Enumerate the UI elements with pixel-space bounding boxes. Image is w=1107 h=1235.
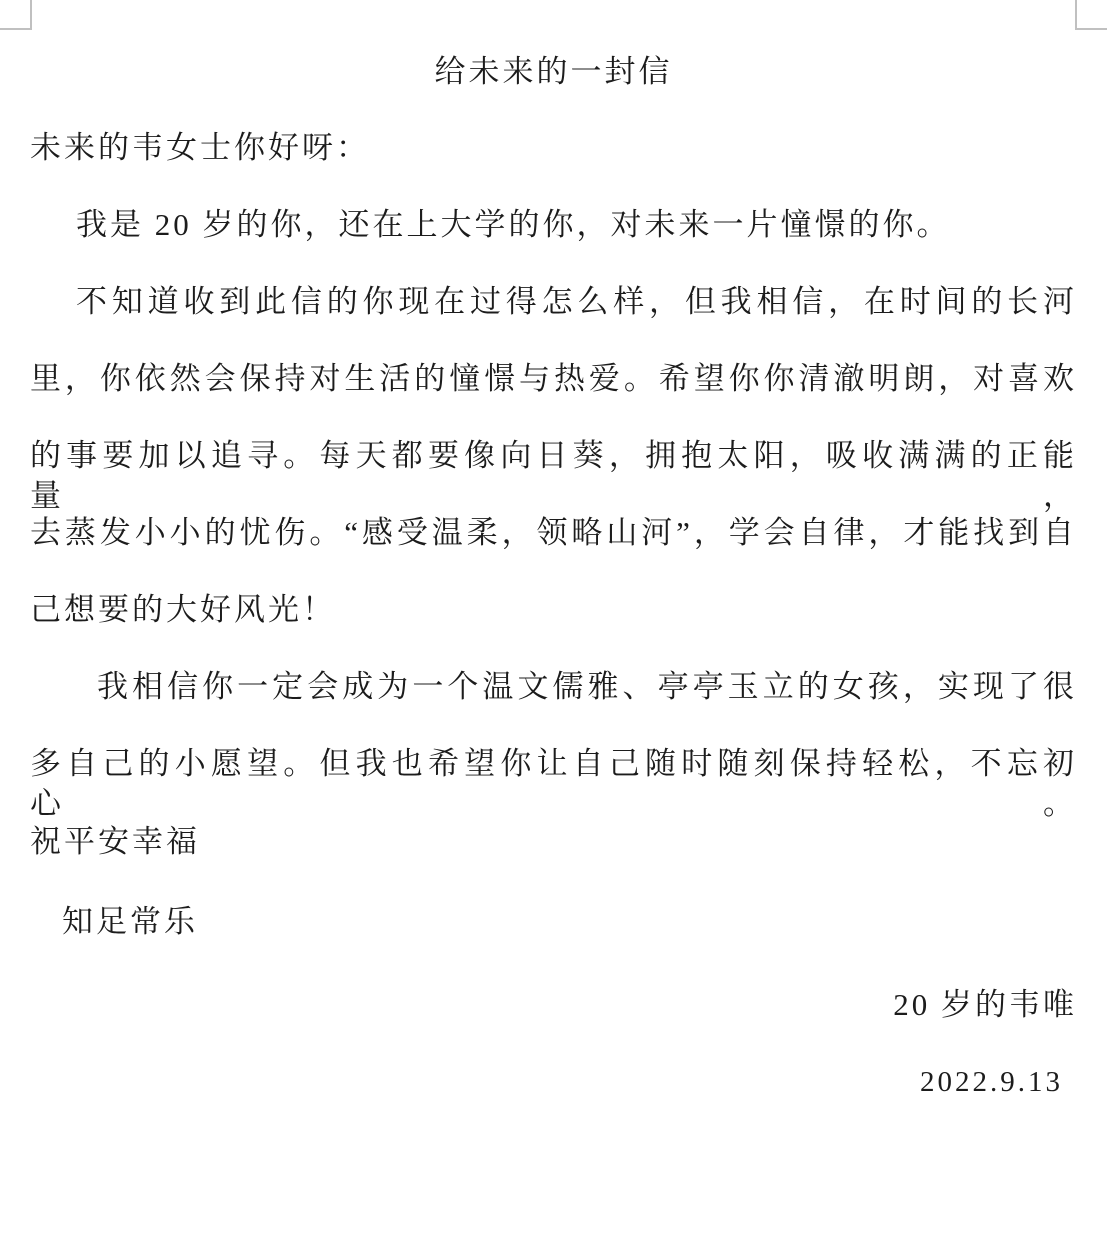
body-line-4: 的事要加以追寻。每天都要像向日葵，拥抱太阳，吸收满满的正能量， [30, 436, 1077, 516]
body-line-8: 多自己的小愿望。但我也希望你让自己随时随刻保持轻松，不忘初心。 [30, 744, 1077, 824]
body-line-7: 我相信你一定会成为一个温文儒雅、亭亭玉立的女孩，实现了很 [30, 667, 1077, 707]
document-page: 给未来的一封信 未来的韦女士你好呀： 我是 20 岁的你，还在上大学的你，对未来… [0, 0, 1107, 1235]
body-line-5: 去蒸发小小的忧伤。“感受温柔，领略山河”，学会自律，才能找到自 [30, 513, 1077, 553]
margin-crop-mark-top-left [0, 0, 32, 30]
closing-wish-line: 祝平安幸福 [30, 822, 1077, 862]
signature-date: 2022.9.13 [30, 1062, 1077, 1102]
letter-title: 给未来的一封信 [30, 52, 1077, 92]
body-line-6: 己想要的大好风光！ [30, 590, 1077, 630]
salutation-line: 未来的韦女士你好呀： [30, 128, 1077, 168]
closing-wish-line-2: 知足常乐 [30, 902, 1077, 942]
body-line-1: 我是 20 岁的你，还在上大学的你，对未来一片憧憬的你。 [30, 205, 1077, 245]
body-line-3: 里，你依然会保持对生活的憧憬与热爱。希望你你清澈明朗，对喜欢 [30, 359, 1077, 399]
body-line-2: 不知道收到此信的你现在过得怎么样，但我相信，在时间的长河 [30, 282, 1077, 322]
signature-name: 20 岁的韦唯 [30, 985, 1077, 1025]
margin-crop-mark-top-right [1075, 0, 1107, 30]
